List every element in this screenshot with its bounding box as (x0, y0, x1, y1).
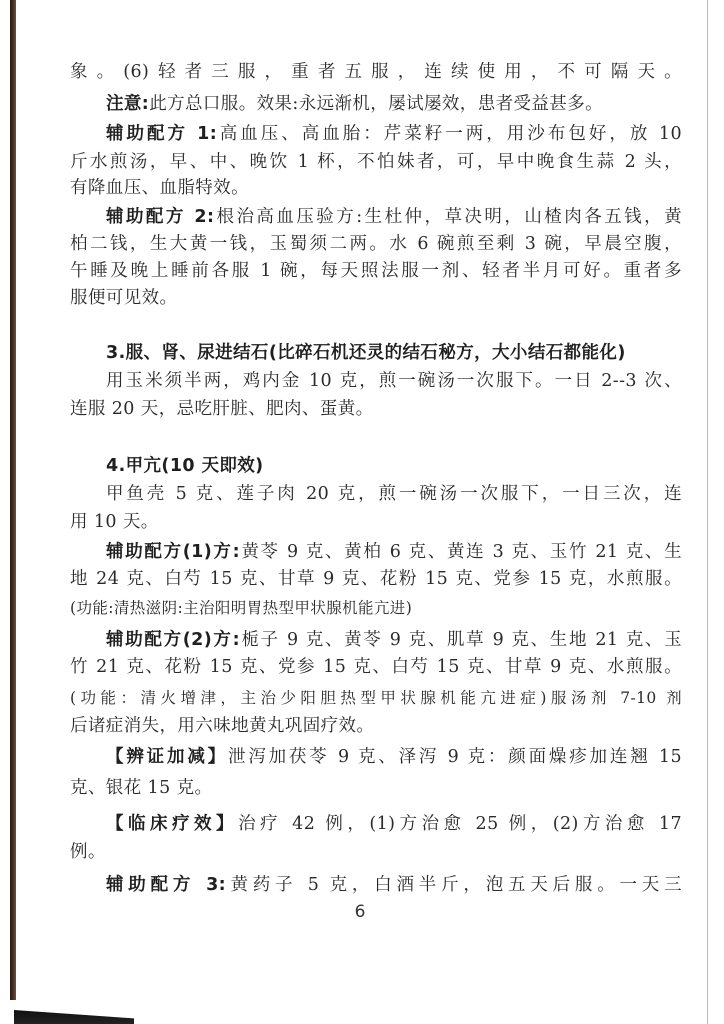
line-text: 有降血压、血脂特效。 (70, 178, 249, 198)
text-line: 例。 (70, 840, 682, 864)
text-line: 竹 21 克、花粉 15 克、党参 15 克、白芍 15 克、甘草 9 克、水煎… (70, 655, 682, 679)
aux-formula-label: 辅助配方(2)方: (106, 630, 240, 650)
text-line: 用玉米须半两，鸡内金 10 克，煎一碗汤一次服下。一日 2--3 次、 (106, 369, 682, 393)
line-text: 后诸症消失，用六味地黄丸巩固疗效。 (70, 716, 374, 736)
page-corner-shadow (14, 1010, 134, 1024)
line-text: (功能:清热滋阴:主治阳明胃热型甲状腺机能亢进) (70, 599, 412, 617)
aux-formula-2-thyroid: 辅助配方(2)方:栀子 9 克、黄苓 9 克、肌草 9 克、生地 21 克、玉 (106, 628, 682, 652)
text-line: 午睡及晚上睡前各服 1 碗，每天照法服一剂、轻者半月可好。重者多 (70, 259, 682, 283)
line-text: 象。(6)轻者三服，重者五服，连续使用，不可隔天。 (70, 62, 682, 82)
text-line: 甲鱼壳 5 克、莲子肉 20 克，煎一碗汤一次服下，一日三次，连 (106, 482, 682, 506)
line-text: 栀子 9 克、黄苓 9 克、肌草 9 克、生地 21 克、玉 (240, 630, 682, 650)
aux-formula-1-thyroid: 辅助配方(1)方:黄苓 9 克、黄柏 6 克、黄连 3 克、玉竹 21 克、生 (106, 540, 682, 564)
text-line: 用 10 天。 (70, 510, 682, 534)
clinical-efficacy: 【临床疗效】治疗 42 例，(1)方治愈 25 例，(2)方治愈 17 (106, 812, 682, 836)
line-text: 用玉米须半两，鸡内金 10 克，煎一碗汤一次服下。一日 2--3 次、 (106, 371, 682, 391)
aux-formula-label: 辅助配方(1)方: (106, 542, 240, 562)
page-number: 6 (310, 902, 410, 922)
line-text: 午睡及晚上睡前各服 1 碗，每天照法服一剂、轻者半月可好。重者多 (70, 261, 682, 281)
book-spine-shadow (10, 0, 16, 1000)
clinical-efficacy-label: 【临床疗效】 (106, 814, 238, 834)
line-text: 地 24 克、白芍 15 克、甘草 9 克、花粉 15 克、党参 15 克，水煎… (70, 569, 682, 589)
function-note: (功能：清火增津，主治少阳胆热型甲状腺机能亢进症)服汤剂 7-10 剂 (70, 686, 682, 710)
line-text: 泄泻加茯苓 9 克、泽泻 9 克：颜面燥疹加连翘 15 (228, 747, 682, 767)
syndrome-adjustment: 【辨证加减】泄泻加茯苓 9 克、泽泻 9 克：颜面燥疹加连翘 15 (106, 745, 682, 769)
text-line: 服便可见效。 (70, 286, 682, 310)
aux-formula-1-label: 辅助配方 1: (106, 124, 217, 144)
line-text: 黄苓 9 克、黄柏 6 克、黄连 3 克、玉竹 21 克、生 (240, 542, 682, 562)
line-text: 克、银花 15 克。 (70, 778, 212, 798)
line-text: 治疗 42 例，(1)方治愈 25 例，(2)方治愈 17 (238, 814, 682, 834)
line-text: 斤水煎汤，早、中、晚饮 1 杯，不怕妹者，可，早中晚食生蒜 2 头， (70, 152, 682, 172)
function-note: (功能:清热滋阴:主治阳明胃热型甲状腺机能亢进) (70, 596, 682, 620)
line-text: 高血压、高血胎：芹菜籽一两，用沙布包好，放 10 (217, 124, 682, 144)
aux-formula-2-label: 辅助配方 2: (106, 207, 214, 227)
text-line: 象。(6)轻者三服，重者五服，连续使用，不可隔天。 (70, 60, 682, 84)
line-text: 柏二钱，生大黄一钱，玉蜀须二两。水 6 碗煎至剩 3 碗，早晨空腹， (70, 234, 682, 254)
section-heading-3: 3.服、肾、尿进结石(比碎石机还灵的结石秘方，大小结石都能化) (106, 341, 682, 365)
line-text: 根治高血压验方:生杜仲，草决明，山楂肉各五钱，黄 (214, 207, 682, 227)
line-text: (功能：清火增津，主治少阳胆热型甲状腺机能亢进症)服汤剂 7-10 剂 (70, 689, 682, 707)
line-text: 服便可见效。 (70, 288, 177, 308)
page-edge-line (707, 0, 708, 1024)
line-text: 例。 (70, 842, 106, 862)
aux-formula-2: 辅助配方 2:根治高血压验方:生杜仲，草决明，山楂肉各五钱，黄 (106, 205, 682, 229)
line-text: 用 10 天。 (70, 512, 159, 532)
line-text: 此方总口服。效果:永远渐机，屡试屡效，患者受益甚多。 (149, 94, 603, 114)
aux-formula-3: 辅助配方 3:黄药子 5 克，白酒半斤，泡五天后服。一天三 (106, 873, 682, 897)
text-line: 克、银花 15 克。 (70, 776, 682, 800)
text-line: 后诸症消失，用六味地黄丸巩固疗效。 (70, 714, 682, 738)
text-line: 有降血压、血脂特效。 (70, 176, 682, 200)
aux-formula-1: 辅助配方 1:高血压、高血胎：芹菜籽一两，用沙布包好，放 10 (106, 122, 682, 146)
text-line: 连服 20 天，忌吃肝脏、肥肉、蛋黄。 (70, 397, 682, 421)
note-label: 注意: (106, 94, 149, 114)
line-text: 甲鱼壳 5 克、莲子肉 20 克，煎一碗汤一次服下，一日三次，连 (106, 484, 682, 504)
line-text: 连服 20 天，忌吃肝脏、肥肉、蛋黄。 (70, 399, 374, 419)
section-heading-4: 4.甲亢(10 天即效) (106, 454, 682, 478)
text-line: 斤水煎汤，早、中、晚饮 1 杯，不怕妹者，可，早中晚食生蒜 2 头， (70, 150, 682, 174)
syndrome-adjustment-label: 【辨证加减】 (106, 747, 228, 767)
aux-formula-3-label: 辅助配方 3: (106, 875, 226, 895)
text-line: 柏二钱，生大黄一钱，玉蜀须二两。水 6 碗煎至剩 3 碗，早晨空腹， (70, 232, 682, 256)
note-paragraph: 注意:此方总口服。效果:永远渐机，屡试屡效，患者受益甚多。 (106, 92, 682, 116)
text-line: 地 24 克、白芍 15 克、甘草 9 克、花粉 15 克、党参 15 克，水煎… (70, 567, 682, 591)
line-text: 黄药子 5 克，白酒半斤，泡五天后服。一天三 (226, 875, 682, 895)
line-text: 竹 21 克、花粉 15 克、党参 15 克、白芍 15 克、甘草 9 克、水煎… (70, 657, 682, 677)
